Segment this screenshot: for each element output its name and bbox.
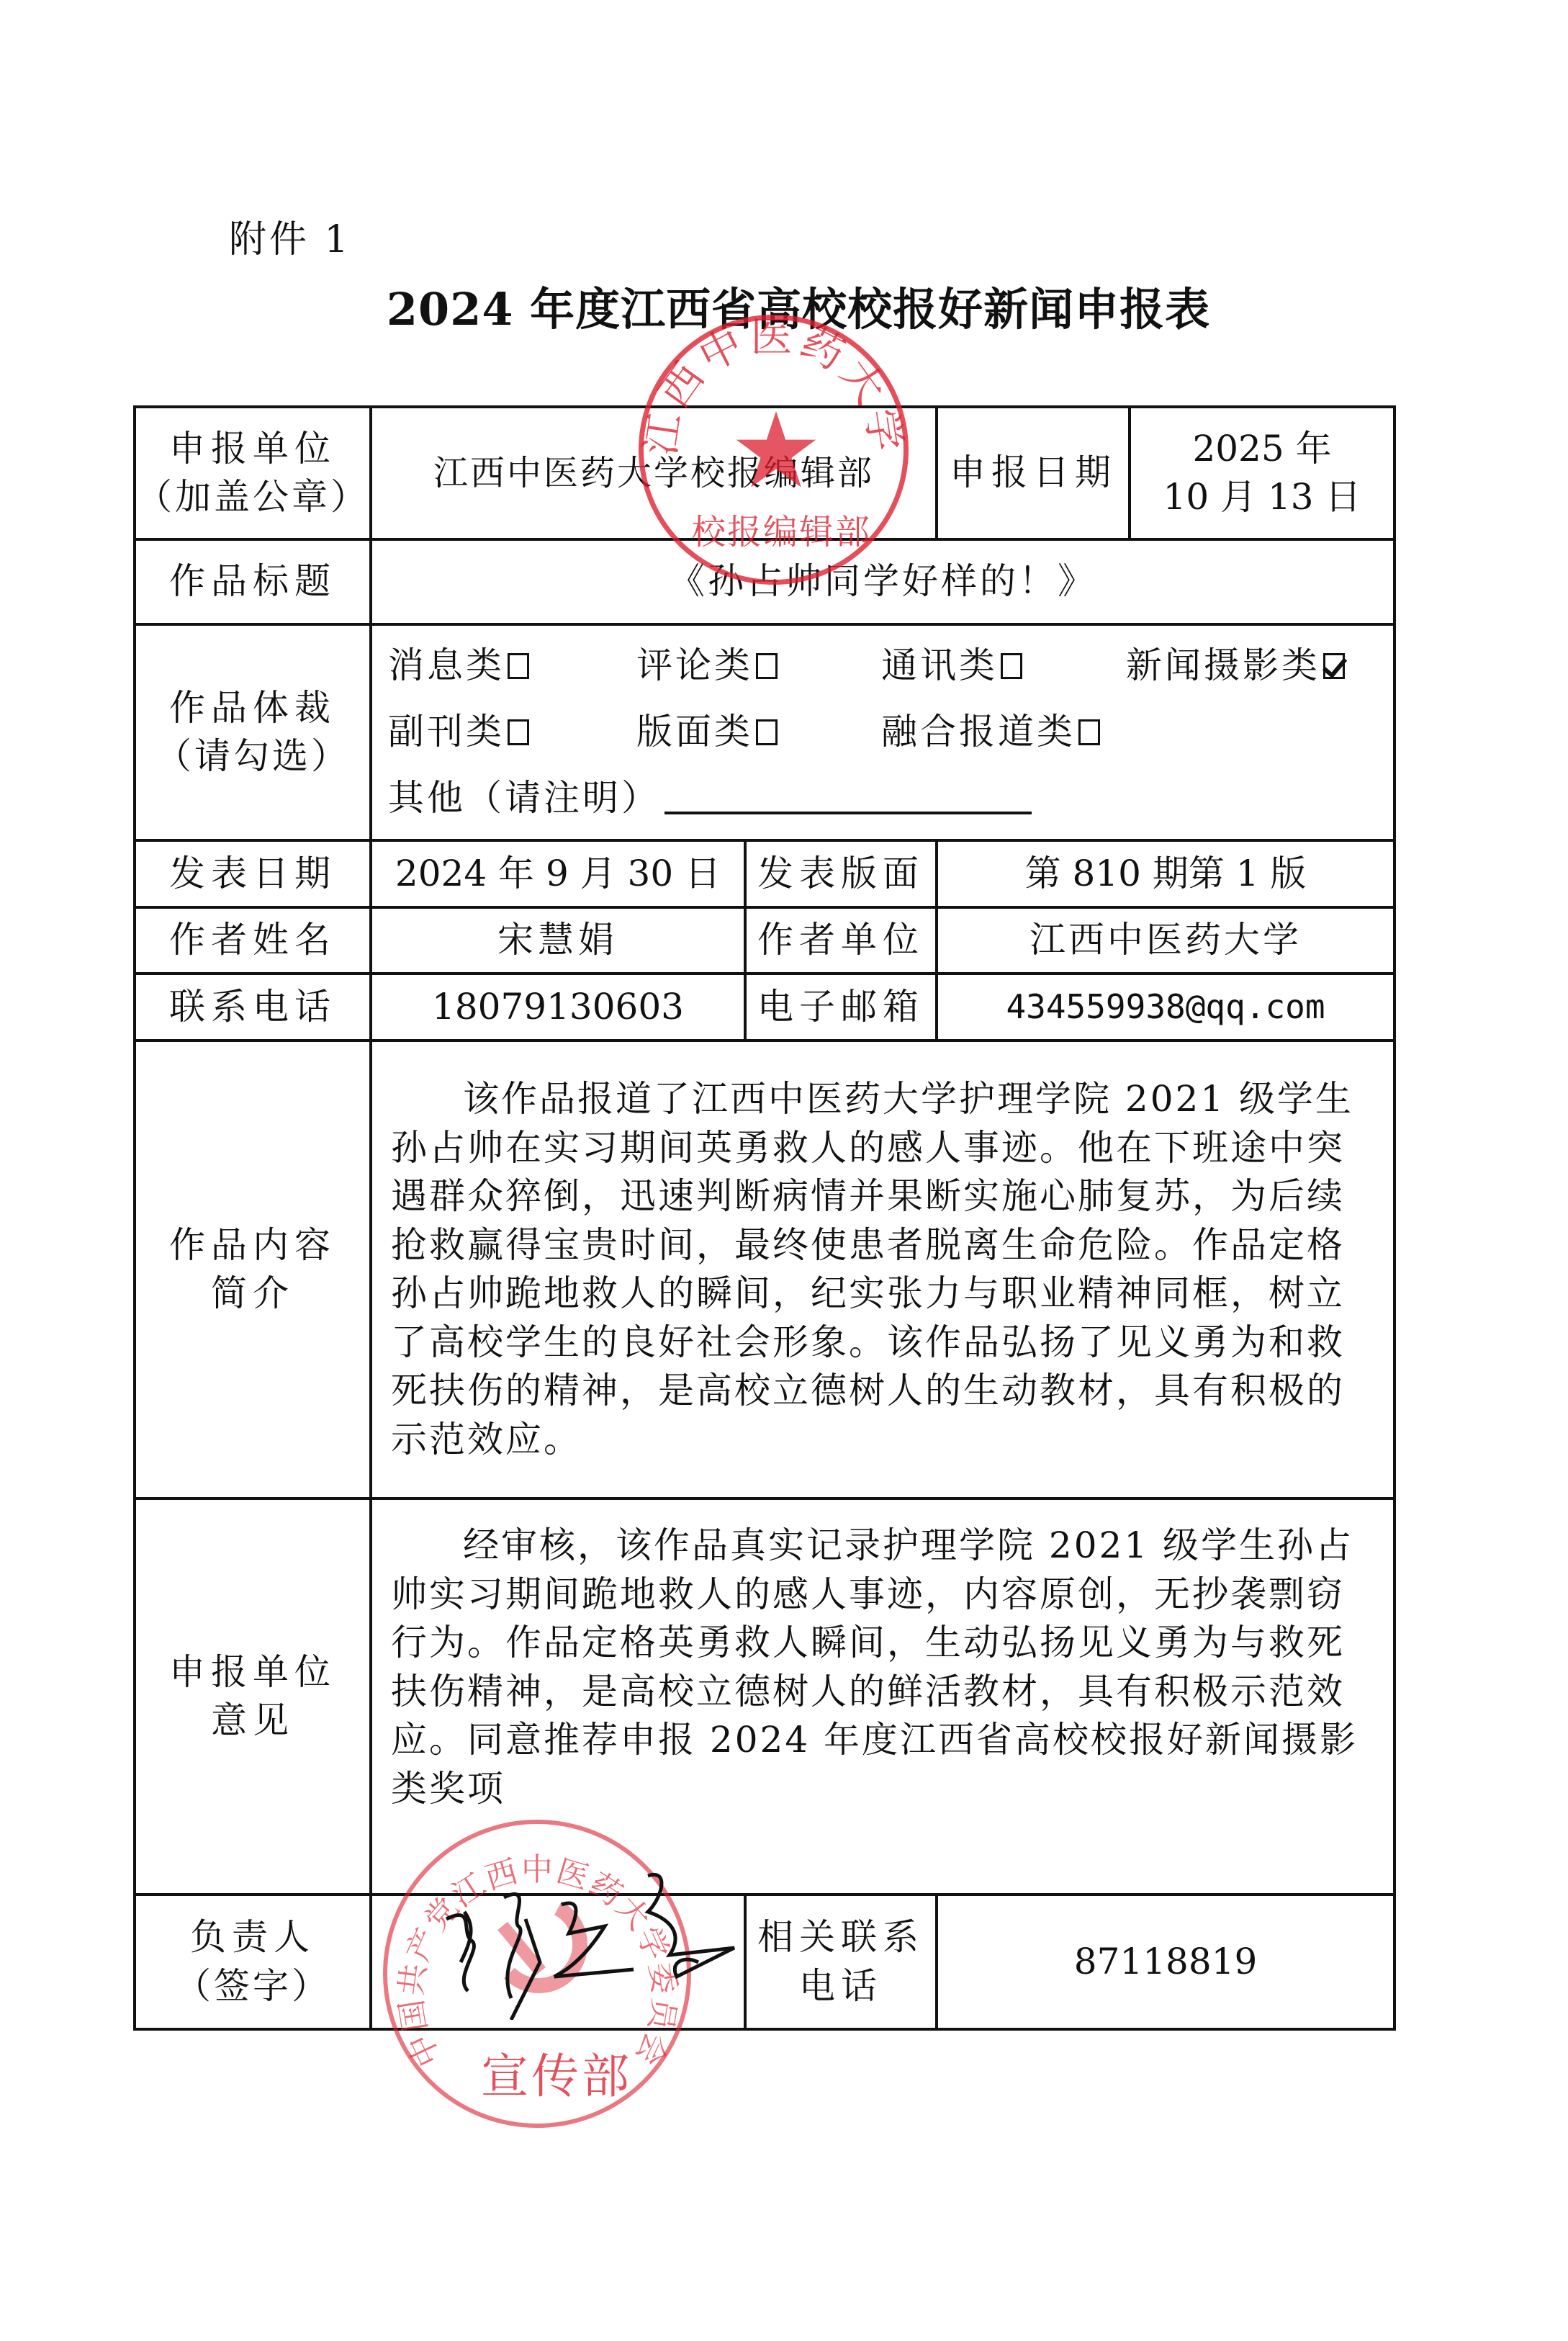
checkbox-icon[interactable]	[756, 653, 778, 679]
row-author: 作者姓名 宋慧娟 作者单位 江西中医药大学	[135, 907, 1394, 974]
genre-option-convergence[interactable]: 融合报道类	[881, 708, 1100, 757]
genre-options: 消息类 评论类 通讯类 新闻摄影类 副刊类 版面类 融合报道类 其他（请注明）	[371, 624, 1394, 840]
publish-page-value: 第 810 期第 1 版	[937, 840, 1394, 907]
seal-bottom-text-bottom: 宣传部	[481, 2038, 632, 2106]
genre-option-commentary[interactable]: 评论类	[636, 642, 881, 691]
work-title-value: 《孙占帅同学好样的！》	[371, 539, 1394, 624]
row-signature: 负责人 （签字） 相关联系 电话 87118819	[135, 1895, 1394, 2029]
author-name-value: 宋慧娟	[371, 907, 745, 974]
genre-other-label: 其他（请注明）	[388, 774, 660, 823]
opinion-label: 申报单位 意见	[135, 1498, 371, 1895]
row-publish: 发表日期 2024 年 9 月 30 日 发表版面 第 810 期第 1 版	[135, 840, 1394, 907]
checkbox-icon[interactable]	[508, 719, 529, 745]
apply-date-value: 2025 年 10 月 13 日	[1130, 407, 1394, 539]
unit-label: 申报单位 （加盖公章）	[135, 407, 371, 539]
row-summary: 作品内容 简介 该作品报道了江西中医药大学护理学院 2021 级学生孙占帅在实习…	[135, 1041, 1394, 1498]
checkbox-icon[interactable]	[508, 653, 529, 679]
contact-phone-label: 相关联系 电话	[745, 1895, 937, 2029]
genre-other-input[interactable]	[664, 783, 1032, 814]
row-contact: 联系电话 18079130603 电子邮箱 434559938@qq.com	[135, 974, 1394, 1041]
document-title: 2024 年度江西省高校校报好新闻申报表	[0, 274, 1568, 338]
genre-option-supplement[interactable]: 副刊类	[388, 708, 636, 757]
genre-option-feature[interactable]: 通讯类	[881, 642, 1126, 691]
email-value: 434559938@qq.com	[937, 974, 1394, 1041]
author-name-label: 作者姓名	[135, 907, 371, 974]
genre-option-layout[interactable]: 版面类	[636, 708, 881, 757]
email-label: 电子邮箱	[745, 974, 937, 1041]
summary-text: 该作品报道了江西中医药大学护理学院 2021 级学生孙占帅在实习期间英勇救人的感…	[371, 1041, 1394, 1498]
checkbox-checked-icon[interactable]	[1323, 653, 1345, 679]
checkbox-icon[interactable]	[756, 719, 778, 745]
phone-label: 联系电话	[135, 974, 371, 1041]
apply-date-label: 申报日期	[937, 407, 1130, 539]
checkbox-icon[interactable]	[1001, 653, 1022, 679]
application-form-table: 申报单位 （加盖公章） 江西中医药大学校报编辑部 申报日期 2025 年 10 …	[133, 405, 1396, 2031]
work-title-label: 作品标题	[135, 539, 371, 624]
responsible-label: 负责人 （签字）	[135, 1895, 371, 2029]
opinion-text: 经审核，该作品真实记录护理学院 2021 级学生孙占帅实习期间跪地救人的感人事迹…	[371, 1498, 1394, 1895]
author-unit-label: 作者单位	[745, 907, 937, 974]
genre-option-news[interactable]: 消息类	[388, 642, 636, 691]
seal-bottom-text-top: 校报编辑部	[691, 504, 871, 554]
genre-option-photojournalism[interactable]: 新闻摄影类	[1126, 642, 1345, 691]
author-unit-value: 江西中医药大学	[937, 907, 1394, 974]
signature-area	[371, 1895, 745, 2029]
checkbox-icon[interactable]	[1078, 719, 1100, 745]
row-genre: 作品体裁 （请勾选） 消息类 评论类 通讯类 新闻摄影类 副刊类 版面类 融合报…	[135, 624, 1394, 840]
publish-page-label: 发表版面	[745, 840, 937, 907]
publish-date-label: 发表日期	[135, 840, 371, 907]
summary-label: 作品内容 简介	[135, 1041, 371, 1498]
contact-phone-value: 87118819	[937, 1895, 1394, 2029]
attachment-label: 附件 1	[229, 209, 351, 263]
genre-label: 作品体裁 （请勾选）	[135, 624, 371, 840]
row-opinion: 申报单位 意见 经审核，该作品真实记录护理学院 2021 级学生孙占帅实习期间跪…	[135, 1498, 1394, 1895]
phone-value: 18079130603	[371, 974, 745, 1041]
publish-date-value: 2024 年 9 月 30 日	[371, 840, 745, 907]
